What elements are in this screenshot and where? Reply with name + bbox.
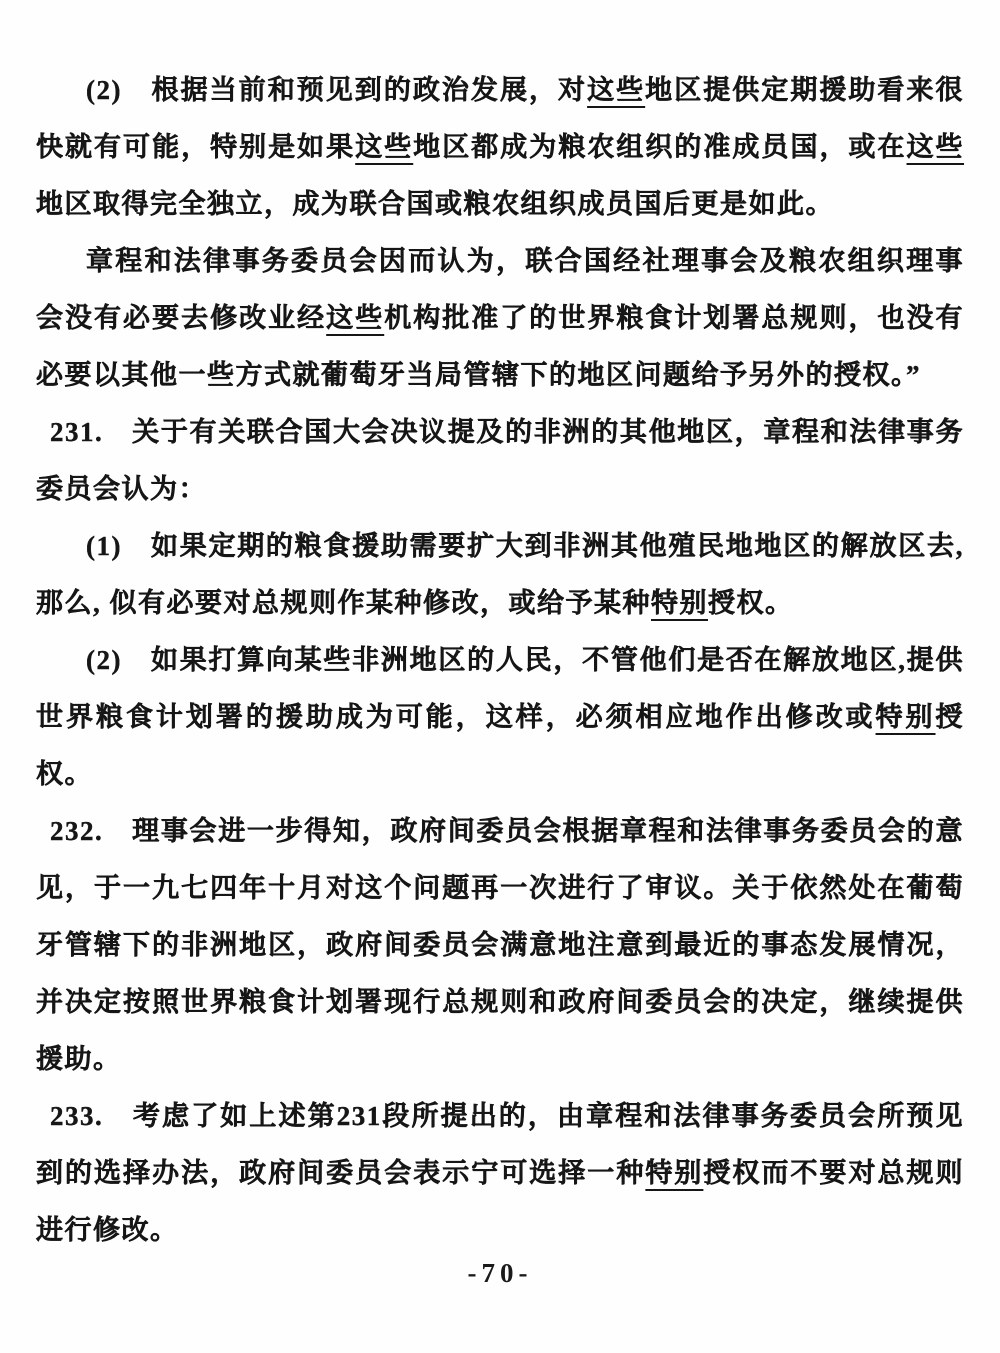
text-run: (2) 根据当前和预见到的政治发展，对: [86, 75, 587, 105]
paragraph: 231. 关于有关联合国大会决议提及的非洲的其他地区，章程和法律事务委员会认为：: [36, 404, 964, 518]
text-run: 231. 关于有关联合国大会决议提及的非洲的其他地区，章程和法律事务委员会认为：: [36, 417, 964, 504]
text-run: 地区都成为粮农组织的准成员国，或在: [413, 132, 906, 162]
text-run: 地区取得完全独立，成为联合国或粮农组织成员国后更是如此。: [36, 189, 834, 219]
scanned-page: (2) 根据当前和预见到的政治发展，对这些地区提供定期援助看来很快就有可能，特别…: [0, 0, 1000, 1353]
underlined-text-run: 这些: [907, 132, 965, 162]
underlined-text-run: 这些: [355, 132, 413, 162]
underlined-text-run: 这些: [587, 75, 645, 105]
text-run: 授权。: [708, 588, 794, 618]
text-run: (2) 如果打算向某些非洲地区的人民，不管他们是否在解放地区,提供世界粮食计划署…: [36, 645, 964, 732]
underlined-text-run: 特别: [651, 588, 708, 618]
text-run: 232. 理事会进一步得知，政府间委员会根据章程和法律事务委员会的意见，于一九七…: [36, 816, 964, 1074]
paragraph: 章程和法律事务委员会因而认为，联合国经社理事会及粮农组织理事会没有必要去修改业经…: [36, 233, 964, 404]
paragraph: 232. 理事会进一步得知，政府间委员会根据章程和法律事务委员会的意见，于一九七…: [36, 803, 964, 1088]
text-run: (1) 如果定期的粮食援助需要扩大到非洲其他殖民地地区的解放区去, 那么, 似有…: [36, 531, 964, 618]
page-number: -70-: [0, 1258, 1000, 1289]
underlined-text-run: 特别: [645, 1158, 703, 1188]
underlined-text-run: 这些: [326, 303, 384, 333]
document-body: (2) 根据当前和预见到的政治发展，对这些地区提供定期援助看来很快就有可能，特别…: [36, 62, 964, 1259]
underlined-text-run: 特别: [876, 702, 936, 732]
paragraph: (1) 如果定期的粮食援助需要扩大到非洲其他殖民地地区的解放区去, 那么, 似有…: [36, 518, 964, 632]
paragraph: (2) 如果打算向某些非洲地区的人民，不管他们是否在解放地区,提供世界粮食计划署…: [36, 632, 964, 803]
paragraph: (2) 根据当前和预见到的政治发展，对这些地区提供定期援助看来很快就有可能，特别…: [36, 62, 964, 233]
paragraph: 233. 考虑了如上述第231段所提出的，由章程和法律事务委员会所预见到的选择办…: [36, 1088, 964, 1259]
